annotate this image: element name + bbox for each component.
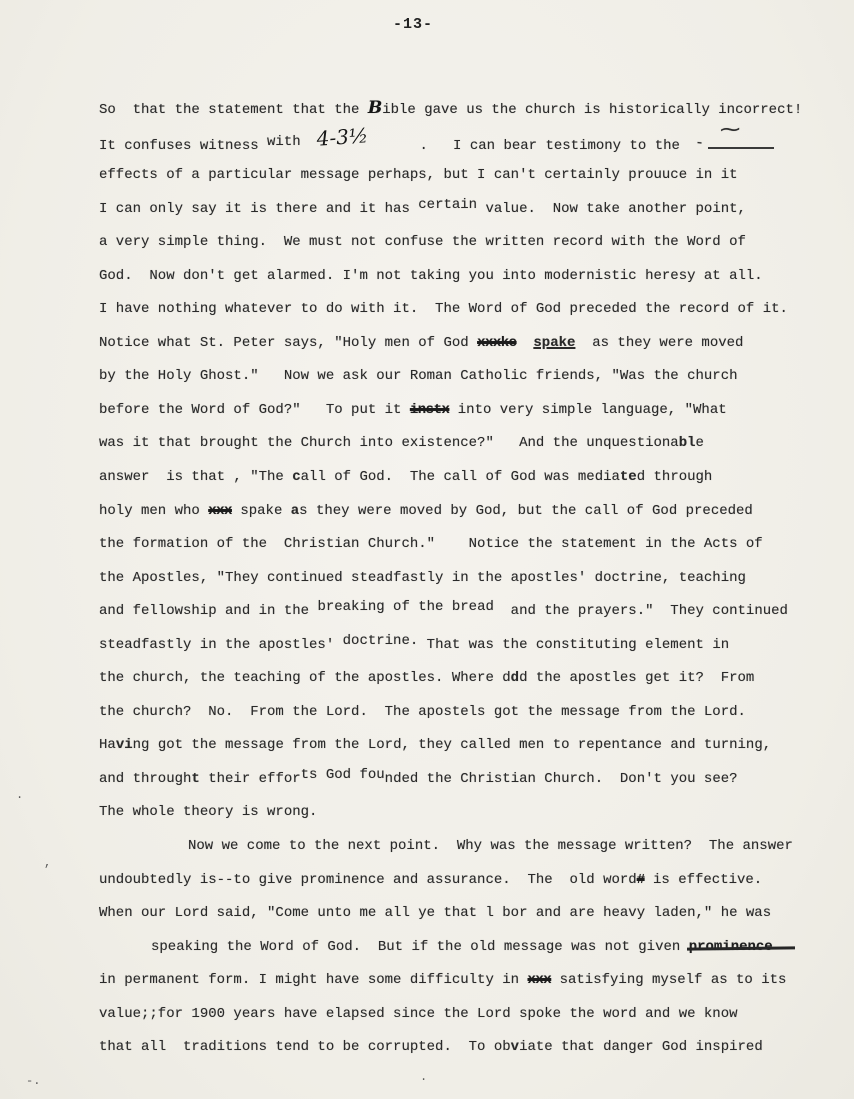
underlined-correction: spake [533, 335, 575, 351]
text-line: that all traditions tend to be corrupted… [0, 1038, 854, 1072]
document-text-block: So that the statement that the Bible gav… [0, 99, 854, 1072]
typed-over-strikeout: xxx [527, 972, 551, 988]
text-line: a very simple thing. We must not confuse… [0, 233, 854, 267]
text-segment: that all traditions tend to be corrupted… [99, 1039, 511, 1055]
text-segment: c [292, 469, 300, 485]
text-segment: value. Now take another point, [477, 201, 746, 217]
text-segment: t [191, 771, 199, 787]
text-segment: by the Holy Ghost." Now we ask our Roman… [99, 368, 738, 384]
text-line: undoubtedly is--to give prominence and a… [0, 871, 854, 905]
struck-through-word: prominence [689, 939, 773, 955]
text-segment: te [620, 469, 637, 485]
text-segment: breaking of the bread [317, 599, 493, 615]
text-segment: in permanent form. I might have some dif… [99, 972, 527, 988]
handwritten-annotation: 4-3½ [317, 126, 370, 149]
text-segment: as they were moved [575, 335, 743, 351]
text-segment: the church, the teaching of the apostles… [99, 670, 511, 686]
text-segment: steadfastly in the apostles' [99, 637, 343, 653]
text-line: It confuses witness with 4-3½ . I can be… [0, 133, 854, 167]
stray-ink-mark: -. [26, 1074, 40, 1088]
text-line: was it that brought the Church into exis… [0, 434, 854, 468]
text-segment: satisfying myself as to its [551, 972, 786, 988]
text-line: the Apostles, "They continued steadfastl… [0, 569, 854, 603]
text-segment: e [696, 435, 704, 451]
text-segment: into very simple language, "What [449, 402, 726, 418]
text-line: in permanent form. I might have some dif… [0, 971, 854, 1005]
text-line: and fellowship and in the breaking of th… [0, 602, 854, 636]
text-line: The whole theory is wrong. [0, 803, 854, 837]
text-segment [517, 335, 534, 351]
stray-ink-mark: , [44, 856, 51, 870]
text-segment: . I can bear testimony to the [369, 138, 697, 154]
document-page: -13- So that the statement that the Bibl… [0, 0, 854, 1099]
handwritten-dash: - [695, 131, 703, 151]
text-segment: Now we come to the next point. Why was t… [188, 838, 793, 854]
stray-ink-mark: . [16, 788, 23, 802]
text-segment: It confuses witness [99, 138, 267, 154]
text-segment: I can only say it is there and it has [99, 201, 418, 217]
text-segment: iate that danger God inspired [519, 1039, 763, 1055]
text-segment: answer is that , "The [99, 469, 292, 485]
text-segment: and fellowship and in the [99, 603, 317, 619]
text-segment: before the Word of God?" To put it [99, 402, 410, 418]
text-line: holy men who xxx spake as they were move… [0, 502, 854, 536]
text-segment: d the apostles get it? From [519, 670, 754, 686]
text-segment: with [267, 134, 301, 150]
text-segment: The whole theory is wrong. [99, 804, 317, 820]
text-segment [301, 138, 318, 154]
text-line: the formation of the Christian Church." … [0, 535, 854, 569]
text-line: value;;for 1900 years have elapsed since… [0, 1005, 854, 1039]
text-segment: spake [232, 503, 291, 519]
text-segment: is effective. [645, 872, 763, 888]
page-number: -13- [0, 16, 840, 33]
text-segment: effects of a particular message perhaps,… [99, 167, 738, 183]
text-line: Having got the message from the Lord, th… [0, 736, 854, 770]
typed-over-strikeout: instx [410, 402, 450, 418]
handwritten-squiggle-mark [708, 135, 774, 149]
text-segment: undoubtedly is--to give prominence and a… [99, 872, 637, 888]
text-line: by the Holy Ghost." Now we ask our Roman… [0, 367, 854, 401]
text-segment: Notice what St. Peter says, "Holy men of… [99, 335, 477, 351]
stray-ink-mark: ' [812, 0, 819, 8]
text-line: Now we come to the next point. Why was t… [0, 837, 854, 871]
text-segment: d [511, 670, 519, 686]
text-segment: When our Lord said, "Come unto me all ye… [99, 905, 771, 921]
text-segment: was it that brought the Church into exis… [99, 435, 679, 451]
text-segment: nded the Christian Church. Don't you see… [385, 771, 738, 787]
text-line: answer is that , "The call of God. The c… [0, 468, 854, 502]
text-line: Notice what St. Peter says, "Holy men of… [0, 334, 854, 368]
text-segment: a [291, 503, 299, 519]
text-segment: the formation of the Christian Church." … [99, 536, 763, 552]
text-segment: all of God. The call of God was media [301, 469, 620, 485]
text-line: effects of a particular message perhaps,… [0, 166, 854, 200]
text-segment: God. Now don't get alarmed. I'm not taki… [99, 268, 763, 284]
text-segment: vi [116, 737, 133, 753]
text-line: and throught their efforts God founded t… [0, 770, 854, 804]
text-segment: ible gave us the church is historically … [382, 102, 802, 118]
text-line: the church? No. From the Lord. The apost… [0, 703, 854, 737]
text-segment: value;;for 1900 years have elapsed since… [99, 1006, 738, 1022]
text-line: I can only say it is there and it has ce… [0, 200, 854, 234]
text-segment: v [511, 1039, 519, 1055]
text-line: steadfastly in the apostles' doctrine. T… [0, 636, 854, 670]
text-line: When our Lord said, "Come unto me all ye… [0, 904, 854, 938]
text-segment: and through [99, 771, 191, 787]
text-line: speaking the Word of God. But if the old… [0, 938, 854, 972]
text-segment: a very simple thing. We must not confuse… [99, 234, 746, 250]
handwritten-letter: B [368, 98, 382, 118]
text-segment: bl [679, 435, 696, 451]
text-line: the church, the teaching of the apostles… [0, 669, 854, 703]
text-segment: certain [418, 197, 477, 213]
text-segment: holy men who [99, 503, 208, 519]
typed-over-strikeout: xxxke [477, 335, 517, 351]
text-segment: ng got the message from the Lord, they c… [133, 737, 772, 753]
typed-over-strikeout: xxx [208, 503, 232, 519]
text-segment: and the prayers." They continued [494, 603, 788, 619]
text-segment: their effor [200, 771, 301, 787]
text-segment: d through [637, 469, 713, 485]
text-line: God. Now don't get alarmed. I'm not taki… [0, 267, 854, 301]
text-segment: speaking the Word of God. But if the old… [151, 939, 689, 955]
text-segment: I have nothing whatever to do with it. T… [99, 301, 788, 317]
text-segment: s they were moved by God, but the call o… [299, 503, 753, 519]
typed-over-strikeout: # [637, 872, 645, 888]
text-segment: doctrine. [343, 633, 419, 649]
stray-ink-mark: . [420, 1070, 427, 1084]
text-segment: ts God fou [301, 767, 385, 783]
text-segment: That was the constituting element in [418, 637, 729, 653]
text-segment: So that the statement that the [99, 102, 368, 118]
text-segment: the church? No. From the Lord. The apost… [99, 704, 746, 720]
text-segment: Ha [99, 737, 116, 753]
text-line: before the Word of God?" To put it instx… [0, 401, 854, 435]
text-segment: the Apostles, "They continued steadfastl… [99, 570, 746, 586]
text-line: I have nothing whatever to do with it. T… [0, 300, 854, 334]
